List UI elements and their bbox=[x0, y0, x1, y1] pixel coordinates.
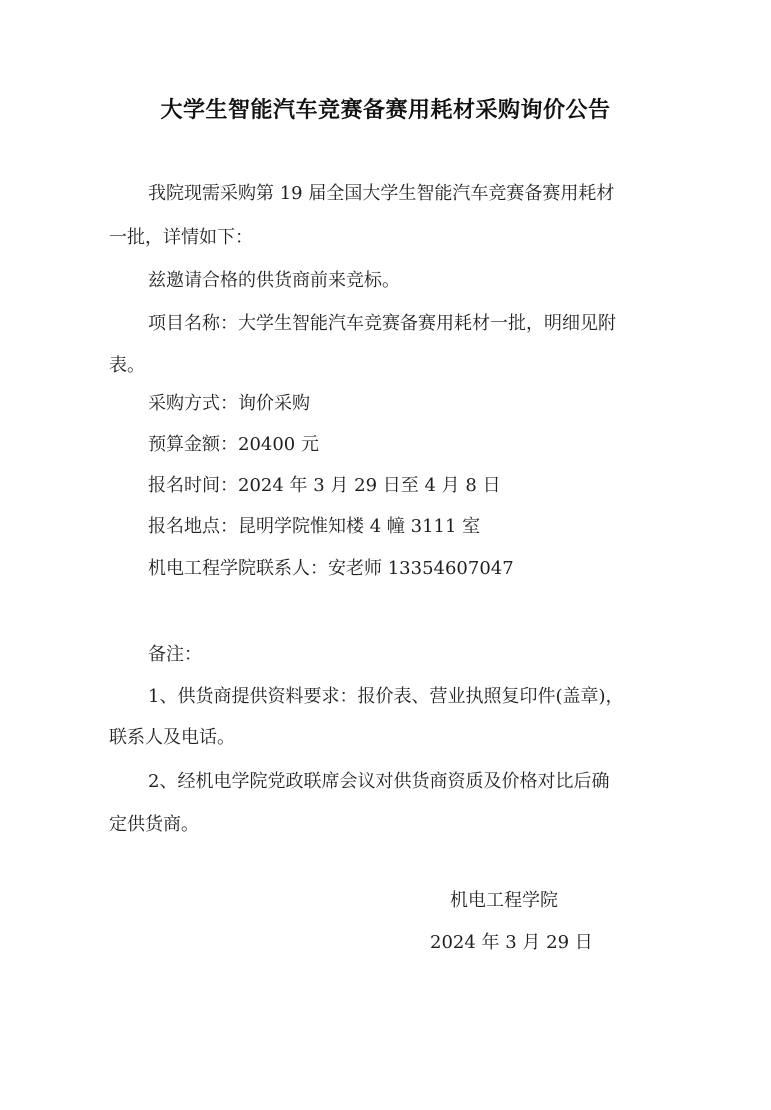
note-2-line2: 定供货商。 bbox=[109, 813, 199, 837]
signature-date: 2024 年 3 月 29 日 bbox=[430, 931, 593, 955]
intro-paragraph-line1: 我院现需采购第 19 届全国大学生智能汽车竞赛备赛用耗材 bbox=[148, 182, 614, 206]
note-1-line1: 1、供货商提供资料要求：报价表、营业执照复印件(盖章)， bbox=[148, 685, 624, 709]
notes-heading: 备注： bbox=[148, 643, 202, 667]
signature-org: 机电工程学院 bbox=[450, 889, 558, 913]
registration-time: 报名时间：2024 年 3 月 29 日至 4 月 8 日 bbox=[148, 474, 501, 498]
intro-paragraph-line2: 一批，详情如下： bbox=[109, 226, 253, 250]
note-2-line1: 2、经机电学院党政联席会议对供货商资质及价格对比后确 bbox=[148, 770, 609, 794]
registration-place: 报名地点：昆明学院惟知楼 4 幢 3111 室 bbox=[148, 515, 480, 539]
note-1-line2: 联系人及电话。 bbox=[109, 726, 235, 750]
invite-paragraph: 兹邀请合格的供货商前来竞标。 bbox=[148, 269, 400, 293]
budget-amount: 预算金额：20400 元 bbox=[148, 433, 319, 457]
document-title: 大学生智能汽车竞赛备赛用耗材采购询价公告 bbox=[0, 93, 771, 124]
project-name-line2: 表。 bbox=[109, 354, 145, 378]
procurement-method: 采购方式：询价采购 bbox=[148, 392, 310, 416]
project-name-line1: 项目名称：大学生智能汽车竞赛备赛用耗材一批，明细见附 bbox=[148, 312, 616, 336]
contact-info: 机电工程学院联系人：安老师 13354607047 bbox=[148, 557, 514, 581]
